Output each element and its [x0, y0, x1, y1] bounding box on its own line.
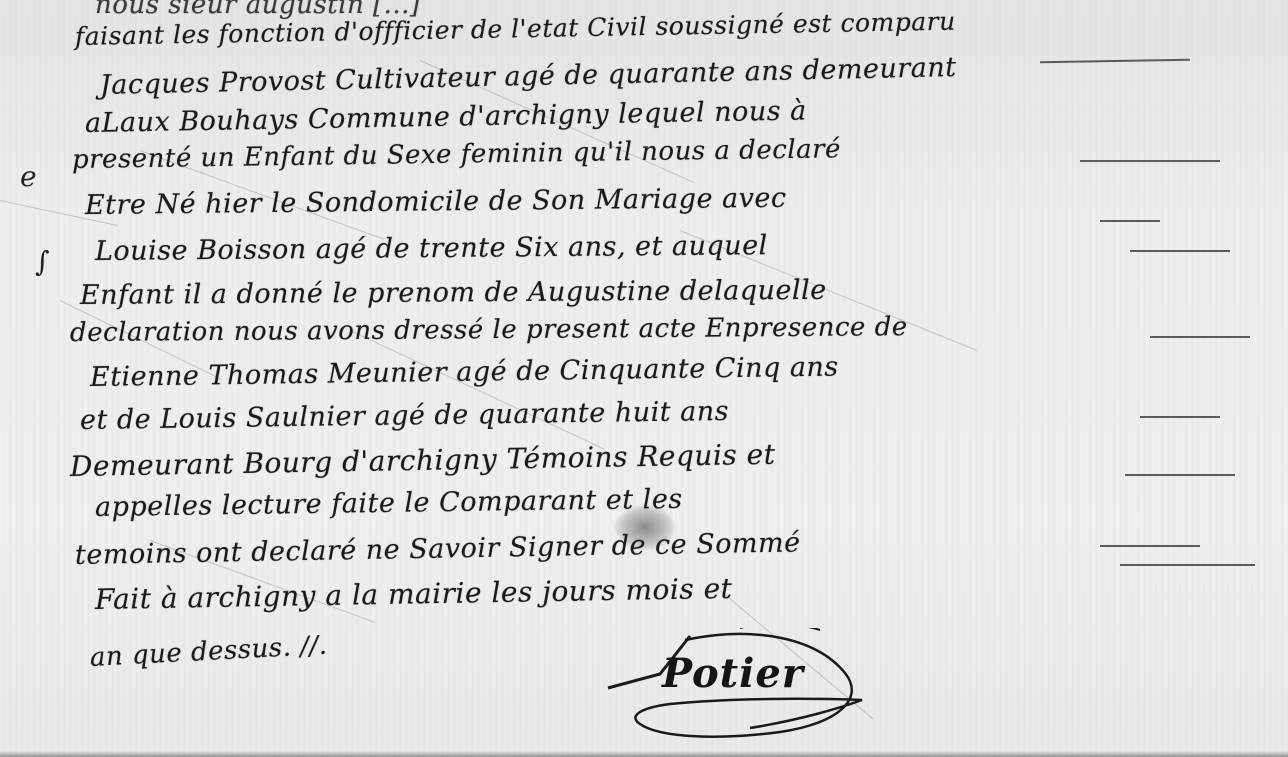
line-filler-rule — [1140, 416, 1220, 418]
line-filler-rule — [1130, 250, 1230, 252]
line-filler-rule — [1100, 545, 1200, 547]
text-line-8: Enfant il a donné le prenom de Augustine… — [80, 275, 827, 311]
text-line-9: declaration nous avons dressé le present… — [70, 312, 908, 348]
margin-mark: e — [20, 160, 37, 193]
text-line-7: Louise Boisson agé de trente Six ans, et… — [95, 230, 768, 267]
line-filler-rule — [1080, 160, 1220, 162]
line-filler-rule — [1150, 336, 1250, 338]
page-bottom-edge — [0, 751, 1288, 757]
signature: Potier — [600, 628, 875, 748]
signature-text: Potier — [662, 650, 804, 697]
line-filler-rule — [1125, 474, 1235, 476]
line-filler-rule — [1100, 220, 1160, 222]
margin-mark: ∫ — [35, 245, 50, 278]
line-filler-rule — [1120, 564, 1255, 566]
